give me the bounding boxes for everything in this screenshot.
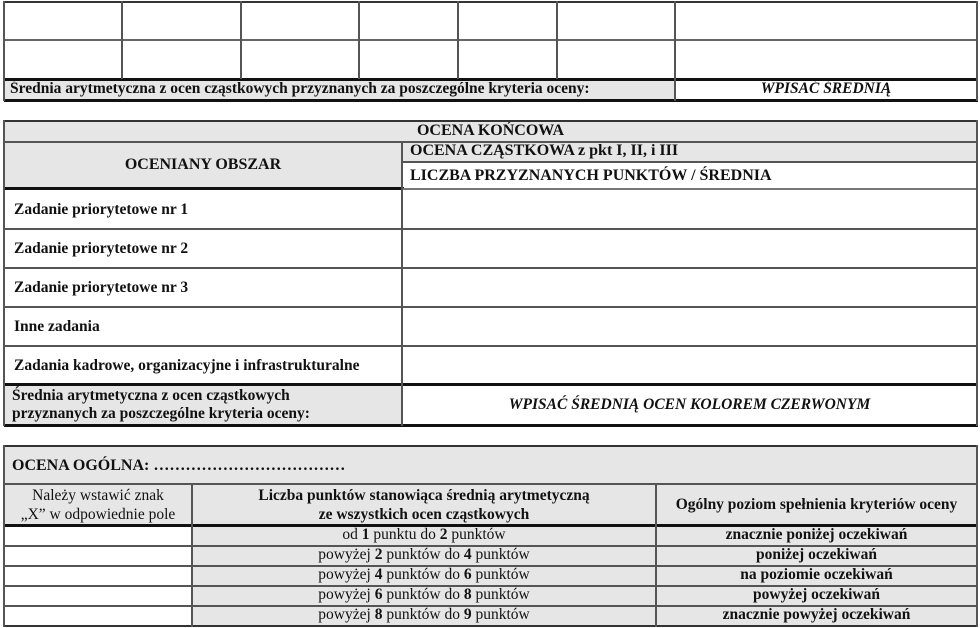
score-cell[interactable] [676, 41, 976, 78]
points-range: powyżej 2 punktów do 4 punktów [193, 546, 655, 564]
score-cell[interactable] [459, 3, 556, 39]
score-cell[interactable] [242, 41, 358, 78]
area-header: OCENIANY OBSZAR [5, 156, 401, 174]
col-mark-header-line2: „X” w odpowiednie pole [5, 505, 191, 524]
overall-title: OCENA OGÓLNA: ……………………………… [12, 457, 345, 475]
level-label: powyżej oczekiwań [657, 586, 976, 604]
area-row-label: Zadanie priorytetowe nr 3 [14, 279, 188, 297]
border [4, 120, 978, 122]
points-range: powyżej 8 punktów do 9 punktów [193, 606, 655, 624]
col-mark-header-line1: Należy wstawić znak [5, 486, 191, 505]
level-label: znacznie poniżej oczekiwań [657, 526, 976, 544]
final-average-placeholder: WPISAĆ ŚREDNIĄ OCEN KOLOREM CZERWONYM [403, 396, 976, 414]
score-cell[interactable] [242, 3, 358, 39]
points-range: od 1 punktu do 2 punktów [193, 526, 655, 544]
border [4, 187, 404, 190]
points-range: powyżej 6 punktów do 8 punktów [193, 586, 655, 604]
border [976, 120, 978, 426]
border [3, 120, 5, 426]
score-cell[interactable] [5, 41, 121, 78]
final-average-field[interactable]: WPISAĆ ŚREDNIĄ OCEN KOLOREM CZERWONYM [403, 386, 976, 424]
score-cell[interactable] [360, 41, 457, 78]
area-score-field[interactable] [403, 308, 976, 345]
area-score-field[interactable] [403, 269, 976, 306]
area-row-label: Zadania kadrowe, organizacyjne i infrast… [14, 357, 359, 375]
score-cell[interactable] [558, 41, 674, 78]
mark-checkbox[interactable] [5, 567, 191, 585]
score-cell[interactable] [123, 3, 240, 39]
border [4, 445, 978, 447]
border [4, 625, 978, 627]
level-label: na poziomie oczekiwań [657, 566, 976, 584]
col-points-header-line1: Liczba punktów stanowiąca średnią arytme… [193, 486, 655, 505]
border [4, 483, 978, 485]
average-value-field[interactable]: WPISAĆ ŚREDNIĄ [676, 81, 976, 99]
col-points-header-line2: ze wszystkich ocen cząstkowych [193, 505, 655, 524]
border [4, 99, 978, 102]
level-label: znacznie powyżej oczekiwań [657, 606, 976, 624]
area-score-field[interactable] [403, 230, 976, 267]
score-cell[interactable] [123, 41, 240, 78]
points-header: LICZBA PRZYZNANYCH PUNKTÓW / ŚREDNIA [410, 167, 772, 185]
final-average-label-line2: przyznanych za poszczególne kryteria oce… [12, 405, 310, 423]
score-cell[interactable] [459, 41, 556, 78]
area-score-field[interactable] [403, 190, 976, 228]
final-average-label-line1: Średnia arytmetyczna z ocen cząstkowych [12, 387, 290, 405]
points-range: powyżej 4 punktów do 6 punktów [193, 566, 655, 584]
score-cell[interactable] [558, 3, 674, 39]
score-cell[interactable] [5, 3, 121, 39]
area-score-field[interactable] [403, 347, 976, 383]
col-level-header: Ogólny poziom spełnienia kryteriów oceny [657, 496, 976, 514]
score-cell[interactable] [676, 3, 976, 39]
border [402, 161, 978, 163]
mark-checkbox[interactable] [5, 587, 191, 605]
border [4, 141, 978, 143]
score-cell[interactable] [360, 3, 457, 39]
mark-checkbox[interactable] [5, 547, 191, 565]
mark-checkbox[interactable] [5, 527, 191, 545]
border [976, 445, 978, 627]
level-label: poniżej oczekiwań [657, 546, 976, 564]
area-row-label: Zadanie priorytetowe nr 2 [14, 240, 188, 258]
mark-checkbox[interactable] [5, 607, 191, 625]
partial-header: OCENA CZĄSTKOWA z pkt I, II, i III [410, 142, 678, 160]
average-label: Średnia arytmetyczna z ocen cząstkowych … [10, 80, 590, 98]
border [976, 1, 978, 101]
area-row-label: Inne zadania [14, 318, 100, 336]
average-placeholder: WPISAĆ ŚREDNIĄ [676, 80, 976, 98]
area-row-label: Zadanie priorytetowe nr 1 [14, 201, 188, 219]
final-title: OCENA KOŃCOWA [5, 122, 976, 140]
border [4, 424, 978, 427]
